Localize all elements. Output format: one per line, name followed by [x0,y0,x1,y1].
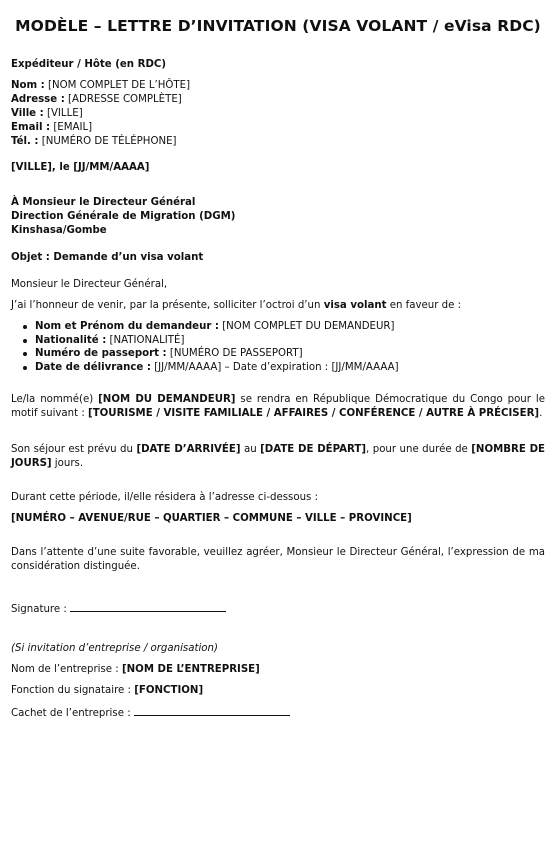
sender-email-value: [EMAIL] [53,122,92,133]
sender-name-label: Nom : [11,80,45,91]
issue-expiry-value: [JJ/MM/AAAA] – Date d’expiration : [JJ/M… [151,362,399,373]
passport-number-label: Numéro de passeport : [35,348,167,359]
nationality-value: [NATIONALITÉ] [106,335,184,346]
sender-name-row: Nom : [NOM COMPLET DE L’HÔTE] [11,79,545,93]
applicant-details-list: Nom et Prénom du demandeur : [NOM COMPLE… [11,320,545,374]
company-stamp-row: Cachet de l’entreprise : [11,705,545,721]
issue-date-label: Date de délivrance : [35,362,151,373]
document-title: MODÈLE – LETTRE D’INVITATION (VISA VOLAN… [0,16,556,36]
intro-text-before: J’ai l’honneur de venir, par la présente… [11,300,324,311]
signatory-role-label: Fonction du signataire : [11,685,131,696]
signature-row: Signature : [11,601,545,617]
recipient-block: À Monsieur le Directeur Général Directio… [11,196,545,238]
intro-paragraph: J’ai l’honneur de venir, par la présente… [11,299,545,313]
recipient-line-3: Kinshasa/Gombe [11,224,545,238]
company-name-label: Nom de l’entreprise : [11,664,119,675]
sender-address-row: Adresse : [ADRESSE COMPLÈTE] [11,93,545,107]
stay-paragraph: Son séjour est prévu du [DATE D’ARRIVÉE]… [11,443,545,471]
signatory-role-row: Fonction du signataire : [FONCTION] [11,684,545,698]
sender-block: Nom : [NOM COMPLET DE L’HÔTE] Adresse : … [11,79,545,149]
stay-text: Son séjour est prévu du [11,444,136,455]
company-stamp-line [134,705,290,716]
list-item: Numéro de passeport : [NUMÉRO DE PASSEPO… [11,347,545,361]
stay-text: jours. [52,458,84,469]
sender-address-value: [ADRESSE COMPLÈTE] [68,94,182,105]
residence-intro: Durant cette période, il/elle résidera à… [11,491,545,505]
signature-line [70,601,226,612]
purpose-placeholder: [TOURISME / VISITE FAMILIALE / AFFAIRES … [88,408,539,419]
sender-city-label: Ville : [11,108,44,119]
sender-email-label: Email : [11,122,50,133]
arrival-date-placeholder: [DATE D’ARRIVÉE] [136,444,240,455]
sender-phone-label: Tél. : [11,136,39,147]
signature-label: Signature : [11,604,67,615]
passport-number-value: [NUMÉRO DE PASSEPORT] [167,348,303,359]
sender-heading: Expéditeur / Hôte (en RDC) [11,58,545,72]
company-note: (Si invitation d’entreprise / organisati… [11,642,545,656]
recipient-line-1: À Monsieur le Directeur Général [11,196,545,210]
purpose-text: Le/la nommé(e) [11,394,98,405]
stay-text: , pour une durée de [366,444,471,455]
list-item: Date de délivrance : [JJ/MM/AAAA] – Date… [11,361,545,375]
applicant-name-value: [NOM COMPLET DU DEMANDEUR] [219,321,395,332]
signatory-role-value: [FONCTION] [134,685,203,696]
sender-name-value: [NOM COMPLET DE L’HÔTE] [48,80,190,91]
sender-email-row: Email : [EMAIL] [11,121,545,135]
purpose-text: . [539,408,542,419]
invitation-letter-page: MODÈLE – LETTRE D’INVITATION (VISA VOLAN… [0,0,556,859]
place-date: [VILLE], le [JJ/MM/AAAA] [11,161,545,175]
list-item: Nom et Prénom du demandeur : [NOM COMPLE… [11,320,545,334]
company-stamp-label: Cachet de l’entreprise : [11,708,131,719]
subject-line: Objet : Demande d’un visa volant [11,251,545,265]
purpose-paragraph: Le/la nommé(e) [NOM DU DEMANDEUR] se ren… [11,393,545,421]
stay-text: au [240,444,260,455]
list-item: Nationalité : [NATIONALITÉ] [11,334,545,348]
sender-city-value: [VILLE] [47,108,83,119]
nationality-label: Nationalité : [35,335,106,346]
intro-text-bold: visa volant [324,300,387,311]
recipient-line-2: Direction Générale de Migration (DGM) [11,210,545,224]
sender-phone-value: [NUMÉRO DE TÉLÉPHONE] [42,136,177,147]
closing-paragraph: Dans l’attente d’une suite favorable, ve… [11,546,545,574]
sender-address-label: Adresse : [11,94,65,105]
salutation: Monsieur le Directeur Général, [11,278,545,292]
sender-city-row: Ville : [VILLE] [11,107,545,121]
residence-address: [NUMÉRO – AVENUE/RUE – QUARTIER – COMMUN… [11,512,545,526]
company-name-row: Nom de l’entreprise : [NOM DE L’ENTREPRI… [11,663,545,677]
applicant-name-placeholder: [NOM DU DEMANDEUR] [98,394,235,405]
sender-phone-row: Tél. : [NUMÉRO DE TÉLÉPHONE] [11,135,545,149]
company-name-value: [NOM DE L’ENTREPRISE] [122,664,260,675]
intro-text-after: en faveur de : [386,300,461,311]
applicant-name-label: Nom et Prénom du demandeur : [35,321,219,332]
departure-date-placeholder: [DATE DE DÉPART] [260,444,366,455]
